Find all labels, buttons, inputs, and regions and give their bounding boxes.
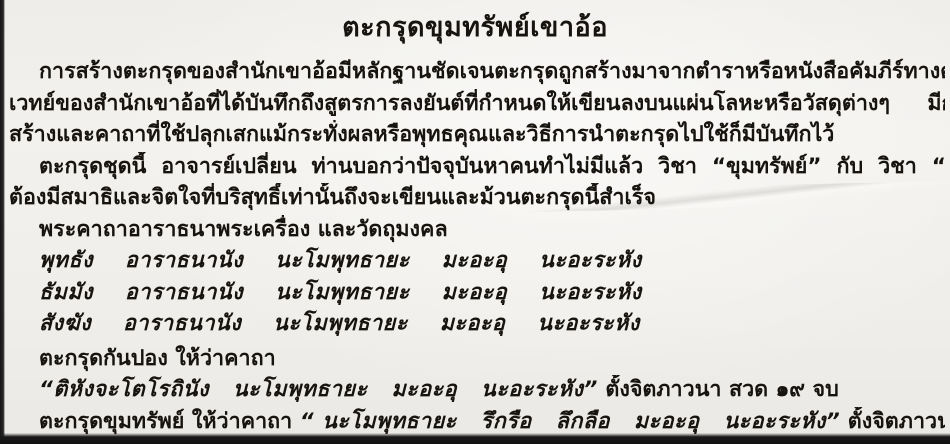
scan-bottom-edge	[0, 433, 950, 444]
khumsap-label-text: ตะกรุดขุมทรัพย์ ให้ว่าคาถา	[39, 409, 300, 434]
kanpong-instruction-text: ตั้งจิตภาวนา สวด ๑๙ จบ	[598, 377, 839, 402]
document-title: ตะกรุดขุมทรัพย์เขาอ้อ	[0, 5, 950, 48]
document-body: การสร้างตะกรุดของสำนักเขาอ้อมีหลักฐานชัด…	[9, 57, 945, 438]
khumsap-instruction-text: ตั้งจิตภาวนา สวด ๑๙ จบ	[840, 409, 945, 434]
khumsap-chant-text: “ นะโมพุทธายะ รึกรือ ลึกลือ มะอะอุ นะอะร…	[300, 409, 841, 434]
kanpong-chant-text: “ติหังจะโตโรถินัง นะโมพุทธายะ มะอะอุ นะอ…	[39, 377, 598, 402]
scanned-document-page: ตะกรุดขุมทรัพย์เขาอ้อ การสร้างตะกรุดของส…	[0, 0, 950, 444]
kanpong-label: ตะกรุดกันปอง ให้ว่าคาถา	[9, 344, 945, 376]
chant-line-dhammam: ธัมมัง อาราธนานัง นะโมพุทธายะ มะอะอุ นะอ…	[9, 278, 945, 310]
chant-line-sangham: สังฆัง อาราธนานัง นะโมพุทธายะ มะอะอุ นะอ…	[9, 309, 945, 341]
katha-header: พระคาถาอาราธนาพระเครื่อง และวัดถุมงคล	[9, 215, 945, 247]
master-note-line-2: ต้องมีสมาธิและจิตใจที่บริสุทธิ์เท่านั้นถ…	[9, 183, 945, 215]
intro-line-1: การสร้างตะกรุดของสำนักเขาอ้อมีหลักฐานชัด…	[9, 57, 945, 89]
master-note-line-1: ตะกรุดชุดนี้ อาจารย์เปลี่ยน ท่านบอกว่าปั…	[9, 152, 945, 184]
chant-line-buddham: พุทธัง อาราธนานัง นะโมพุทธายะ มะอะอุ นะอ…	[9, 246, 945, 278]
intro-line-2: เวทย์ของสำนักเขาอ้อที่ได้บันทึกถึงสูตรกา…	[9, 89, 945, 121]
intro-line-3: สร้างและคาถาที่ใช้ปลุกเสกแม้กระทั่งผลหรื…	[9, 120, 945, 152]
kanpong-chant-line: “ติหังจะโตโรถินัง นะโมพุทธายะ มะอะอุ นะอ…	[9, 375, 945, 407]
scan-left-edge	[0, 0, 5, 444]
